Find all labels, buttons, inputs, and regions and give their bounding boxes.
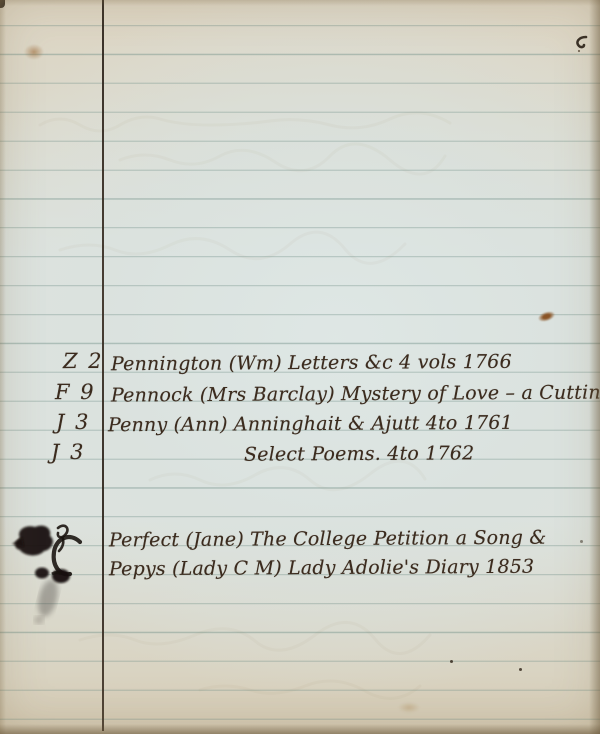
- page-edge-left: [0, 0, 6, 734]
- ink-blot: [8, 520, 103, 630]
- entry-text: Perfect (Jane) The College Petition a So…: [109, 527, 547, 552]
- entry-text: Pennock (Mrs Barclay) Mystery of Love – …: [111, 381, 600, 406]
- page-edge-top: [0, 0, 600, 6]
- entry-text: Penny (Ann) Anninghait & Ajutt 4to 1761: [108, 412, 513, 436]
- entry-text: Pennington (Wm) Letters &c 4 vols 1766: [111, 351, 512, 375]
- ink-speck: [450, 660, 453, 663]
- entry-text: Pepys (Lady C M) Lady Adolie's Diary 185…: [109, 556, 534, 581]
- shelf-mark: J 3: [51, 440, 86, 464]
- ledger-page: Z 2 Pennington (Wm) Letters &c 4 vols 17…: [0, 0, 600, 734]
- shelf-mark: F 9: [55, 380, 96, 404]
- shelf-mark: Z 2: [63, 349, 104, 373]
- page-edge-bottom: [0, 724, 600, 734]
- ink-speck: [519, 668, 522, 671]
- entry-text: Select Poems. 4to 1762: [244, 442, 475, 465]
- page-edge-right: [589, 0, 600, 734]
- shelf-mark: J 3: [56, 410, 91, 434]
- ink-speck: [580, 540, 583, 543]
